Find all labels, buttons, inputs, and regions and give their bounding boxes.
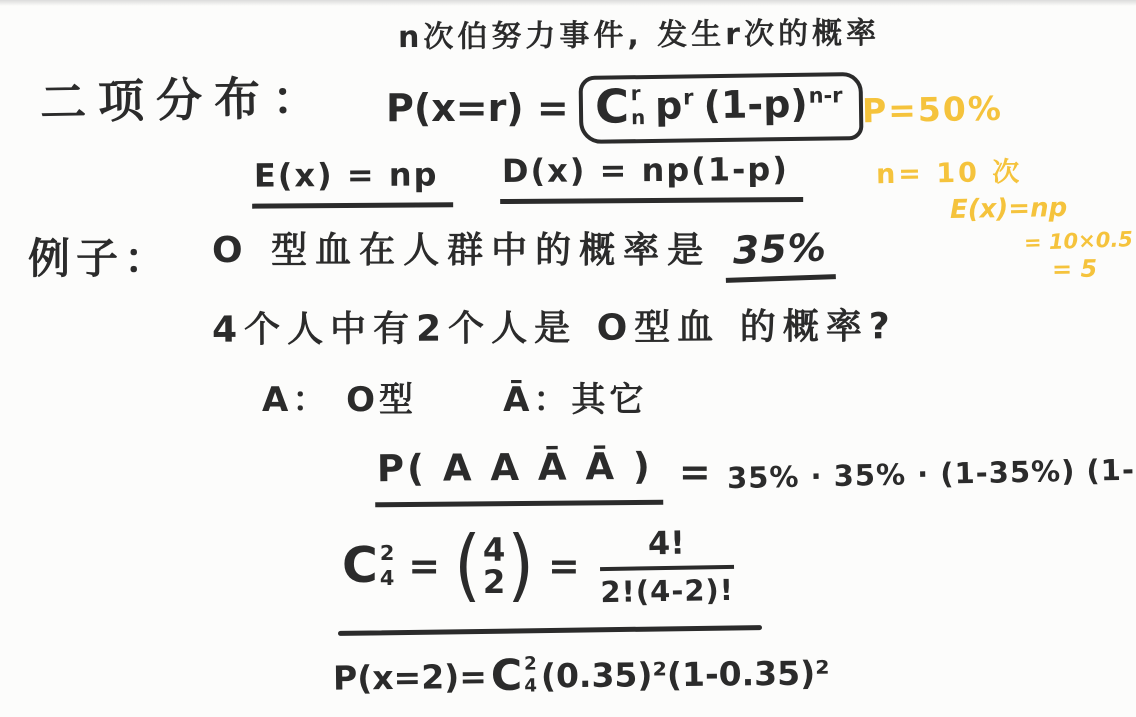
final-probability-line: P(x=2)= C 2 4 (0.35)²(1-0.35)² (333, 651, 830, 699)
note-expectation-result: = 5 (1052, 255, 1098, 284)
combination-c42-letter: C (342, 542, 378, 591)
formula-highlight-box: C r n pr (1-p)n-r (578, 72, 863, 144)
q-base: (1-p) (703, 82, 808, 127)
binomial-coefficient: ( 4 2 ) (454, 532, 534, 600)
event-a-bar-definition: Ā：其它 (503, 372, 647, 421)
event-definitions: A： O型 Ā：其它 (262, 372, 647, 421)
final-c42-superscript: 2 (524, 655, 537, 673)
note-n-value: n= 10 次 (876, 150, 1023, 192)
combination-c42-subscript: 4 (380, 568, 394, 589)
note-p-value: P=50% (862, 89, 1003, 130)
expectation-formula: E(x) = np (252, 156, 453, 208)
sequence-product: 35% · 35% · (1-35%) (1-35%) (726, 451, 1136, 495)
q-term: (1-p)n-r (703, 81, 843, 127)
final-c42: C 2 4 (491, 654, 537, 697)
variance-text: D(x) = np(1-p) (500, 150, 803, 204)
combination-underline (338, 625, 762, 636)
combination-subscript: n (631, 108, 645, 128)
premise-value: 35% (724, 225, 836, 283)
combination-c42: C 2 4 (342, 542, 394, 591)
page-title: 二项分布： (39, 61, 330, 132)
premise-text: O 型血在人群中的概率是 (212, 222, 711, 273)
example-question: 4个人中有2个人是 O型血 的概率? (212, 298, 897, 353)
final-c42-scripts: 2 4 (524, 654, 537, 697)
combination-equals-2: = (548, 544, 580, 588)
combination-scripts: r n (630, 83, 645, 130)
combination-symbol: C r n (594, 83, 645, 130)
factorial-fraction: 4! 2!(4-2)! (599, 523, 734, 609)
p-term: pr (655, 84, 694, 129)
binomial-bottom: 2 (483, 566, 505, 598)
fraction-numerator: 4! (599, 523, 733, 571)
pmf-lhs: P(x=r) = (386, 86, 569, 130)
example-label: 例子： (28, 226, 172, 286)
variance-formula: D(x) = np(1-p) (500, 151, 803, 203)
expectation-text: E(x) = np (252, 155, 453, 208)
final-rhs: (0.35)²(1-0.35)² (541, 653, 830, 695)
combination-letter: C (594, 83, 629, 130)
binomial-open-paren: ( (454, 527, 481, 606)
combination-equals-1: = (408, 544, 440, 588)
final-lhs: P(x=2)= (333, 657, 487, 698)
sequence-equals: = (679, 450, 711, 494)
example-premise: O 型血在人群中的概率是 35% (212, 222, 835, 281)
fraction-denominator: 2!(4-2)! (600, 569, 734, 609)
combination-c42-superscript: 2 (380, 543, 394, 564)
handwritten-note-canvas: n次伯努力事件, 发生r次的概率 二项分布： P(x=r) = C r n pr… (0, 0, 1136, 717)
event-a-definition: A： O型 (262, 372, 417, 421)
binomial-top: 4 (483, 534, 505, 566)
combination-c42-scripts: 2 4 (380, 542, 394, 591)
combination-superscript: r (630, 84, 644, 104)
note-expectation-step: = 10×0.5 (1024, 227, 1134, 255)
binomial-close-paren: ) (507, 527, 534, 606)
top-edge-shadow (0, 0, 1136, 6)
binomial-stack: 4 2 (481, 534, 507, 599)
combination-line: C 2 4 = ( 4 2 ) = 4! 2!(4-2)! (342, 524, 733, 608)
final-c42-subscript: 4 (524, 677, 537, 695)
p-base: p (655, 84, 683, 128)
note-expectation-formula: E(x)=np (950, 193, 1068, 225)
bernoulli-annotation: n次伯努力事件, 发生r次的概率 (398, 8, 880, 56)
p-exponent: r (683, 85, 694, 109)
final-c42-letter: C (491, 655, 523, 698)
sequence-probability-line: P( A A Ā Ā ) = 35% · 35% · (1-35%) (1-35… (375, 446, 1136, 506)
sequence-lhs: P( A A Ā Ā ) (375, 445, 663, 508)
pmf-formula: P(x=r) = C r n pr (1-p)n-r (386, 74, 862, 142)
q-exponent: n-r (808, 83, 842, 107)
